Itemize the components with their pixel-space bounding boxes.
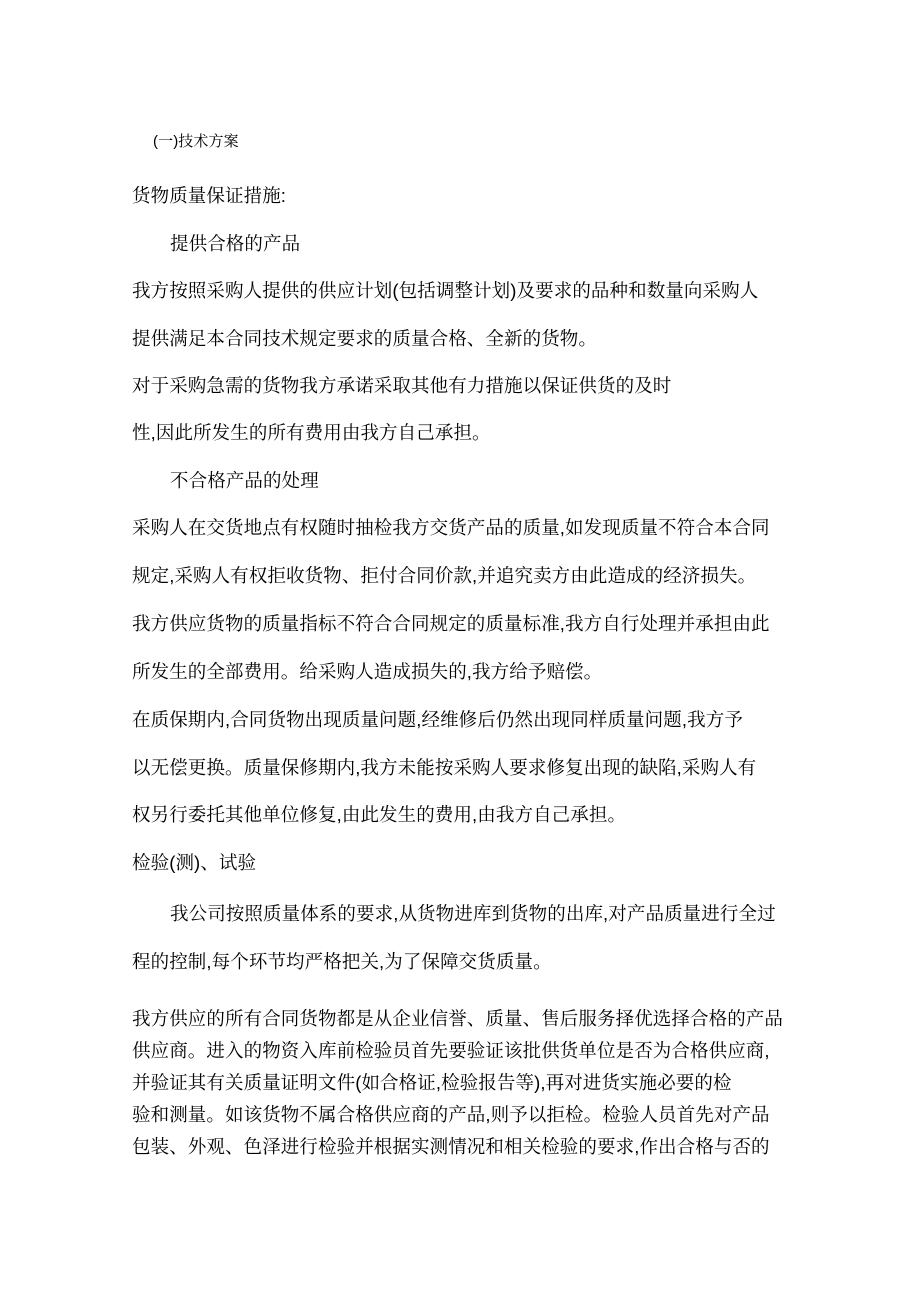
doc-line: 在质保期内,合同货物出现质量问题,经维修后仍然出现同样质量问题,我方予 (132, 708, 743, 732)
section-title: (一)技术方案 (153, 132, 239, 152)
doc-line: 包装、外观、色泽进行检验并根据实测情况和相关检验的要求,作出合格与否的 (132, 1135, 770, 1159)
doc-line: 我方供应的所有合同货物都是从企业信誉、质量、售后服务择优选择合格的产品 (132, 1007, 783, 1031)
doc-line: 规定,采购人有权拒收货物、拒付合同价款,并追究卖方由此造成的经济损失。 (132, 564, 756, 588)
doc-line: 验和测量。如该货物不属合格供应商的产品,则予以拒检。检验人员首先对产品 (132, 1103, 770, 1127)
document-page: (一)技术方案 货物质量保证措施: 提供合格的产品 我方按照采购人提供的供应计划… (0, 0, 920, 1301)
subheading-provide-qualified-products: 提供合格的产品 (170, 232, 300, 256)
doc-line: 采购人在交货地点有权随时抽检我方交货产品的质量,如发现质量不符合本合同 (132, 516, 770, 540)
doc-line: 对于采购急需的货物我方承诺采取其他有力措施以保证供货的及时 (132, 374, 671, 398)
doc-line: 程的控制,每个环节均严格把关,为了保障交货质量。 (132, 950, 552, 974)
doc-line: 并验证其有关质量证明文件(如合格证,检验报告等),再对进货实施必要的检 (132, 1071, 732, 1095)
doc-line: 以无偿更换。质量保修期内,我方未能按采购人要求修复出现的缺陷,采购人有 (132, 756, 756, 780)
doc-line: 权另行委托其他单位修复,由此发生的费用,由我方自己承担。 (132, 803, 626, 827)
doc-line: 提供满足本合同技术规定要求的质量合格、全新的货物。 (132, 327, 597, 351)
doc-line: 供应商。进入的物资入库前检验员首先要验证该批供货单位是否为合格供应商, (132, 1039, 770, 1063)
subheading-nonconforming-product-handling: 不合格产品的处理 (170, 469, 319, 493)
doc-line: 我公司按照质量体系的要求,从货物进库到货物的出库,对产品质量进行全过 (170, 902, 776, 926)
doc-line: 我方供应货物的质量指标不符合合同规定的质量标准,我方自行处理并承担由此 (132, 612, 770, 636)
heading-quality-measures: 货物质量保证措施: (132, 184, 286, 208)
heading-inspection-test: 检验(测)、试验 (132, 851, 256, 875)
doc-line: 我方按照采购人提供的供应计划(包括调整计划)及要求的品种和数量向采购人 (132, 279, 758, 303)
doc-line: 所发生的全部费用。给采购人造成损失的,我方给予赔偿。 (132, 660, 602, 684)
doc-line: 性,因此所发生的所有费用由我方自己承担。 (132, 421, 491, 445)
